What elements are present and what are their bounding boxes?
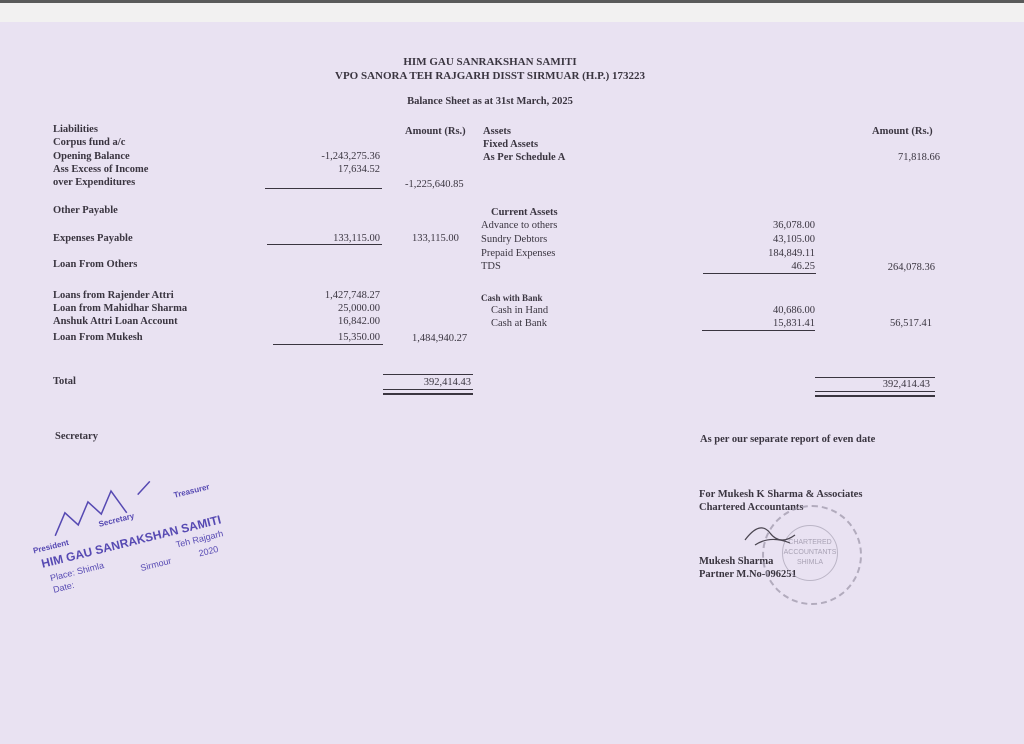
total-double-line [815,391,935,397]
loan-item-value: 25,000.00 [270,303,380,314]
subtotal-line [702,330,815,331]
firm-name: For Mukesh K Sharma & Associates [699,489,862,500]
org-name: HIM GAU SANRAKSHAN SAMITI [330,56,650,68]
expenses-payable-value: 133,115.00 [270,233,380,244]
fixed-assets-label: Fixed Assets [483,139,538,150]
loan-item-label: Loan from Mahidhar Sharma [53,303,187,314]
current-asset-value: 184,849.11 [705,248,815,259]
excess-income-value: 17,634.52 [270,164,380,175]
loan-item-value: 16,842.00 [270,316,380,327]
current-asset-label: Sundry Debtors [481,234,547,245]
page-title: Balance Sheet as at 31st March, 2025 [330,96,650,107]
report-note: As per our separate report of even date [700,434,875,445]
cash-total: 56,517.41 [830,318,932,329]
opening-balance-value: -1,243,275.36 [270,151,380,162]
loan-from-others-label: Loan From Others [53,259,137,270]
cash-with-bank-label: Cash with Bank [481,293,543,303]
expenses-payable-label: Expenses Payable [53,233,133,244]
liabilities-total: 392,414.43 [383,377,471,388]
partner-signature [740,515,800,555]
stamp-district: Sirmour [139,556,172,573]
assets-heading: Assets [483,126,511,137]
liabilities-amount-heading: Amount (Rs.) [405,126,466,137]
corpus-total: -1,225,640.85 [405,179,464,190]
excess-income-label: Ass Excess of Income [53,164,148,175]
loan-item-label: Loans from Rajender Attri [53,290,174,301]
schedule-a-label: As Per Schedule A [483,152,565,163]
loans-total: 1,484,940.27 [412,333,467,344]
org-address: VPO SANORA TEH RAJGARH DISST SIRMUAR (H.… [330,70,650,82]
assets-amount-heading: Amount (Rs.) [872,126,933,137]
total-label: Total [53,376,76,387]
loan-item-value: 1,427,748.27 [270,290,380,301]
opening-balance-label: Opening Balance [53,151,130,162]
subtotal-line [703,273,816,274]
current-assets-label: Current Assets [491,207,558,218]
assets-total: 392,414.43 [815,379,930,390]
subtotal-line [267,244,382,245]
scan-top-edge [0,0,1024,22]
other-payable-label: Other Payable [53,205,118,216]
cash-item-label: Cash at Bank [491,318,547,329]
fixed-assets-total: 71,818.66 [830,152,940,163]
cash-item-value: 15,831.41 [705,318,815,329]
current-asset-value: 43,105.00 [705,234,815,245]
current-assets-total: 264,078.36 [830,262,935,273]
loan-item-label: Loan From Mukesh [53,332,143,343]
total-top-line [815,377,935,378]
secretary-label: Secretary [55,431,98,442]
cash-item-value: 40,686.00 [705,305,815,316]
stamp-role: Treasurer [173,482,211,500]
cash-item-label: Cash in Hand [491,305,548,316]
liabilities-heading: Liabilities [53,124,98,135]
subtotal-line [265,188,382,189]
loan-item-value: 15,350.00 [270,332,380,343]
stamp-reg: 2020 [198,544,220,559]
current-asset-label: TDS [481,261,501,272]
total-double-line [383,389,473,395]
subtotal-line [273,344,383,345]
excess-income-label-2: over Expenditures [53,177,135,188]
current-asset-value: 36,078.00 [705,220,815,231]
current-asset-value: 46.25 [705,261,815,272]
total-top-line [383,374,473,375]
loan-item-label: Anshuk Attri Loan Account [53,316,178,327]
other-payable-total: 133,115.00 [412,233,459,244]
current-asset-label: Advance to others [481,220,557,231]
corpus-fund-label: Corpus fund a/c [53,137,125,148]
current-asset-label: Prepaid Expenses [481,248,555,259]
